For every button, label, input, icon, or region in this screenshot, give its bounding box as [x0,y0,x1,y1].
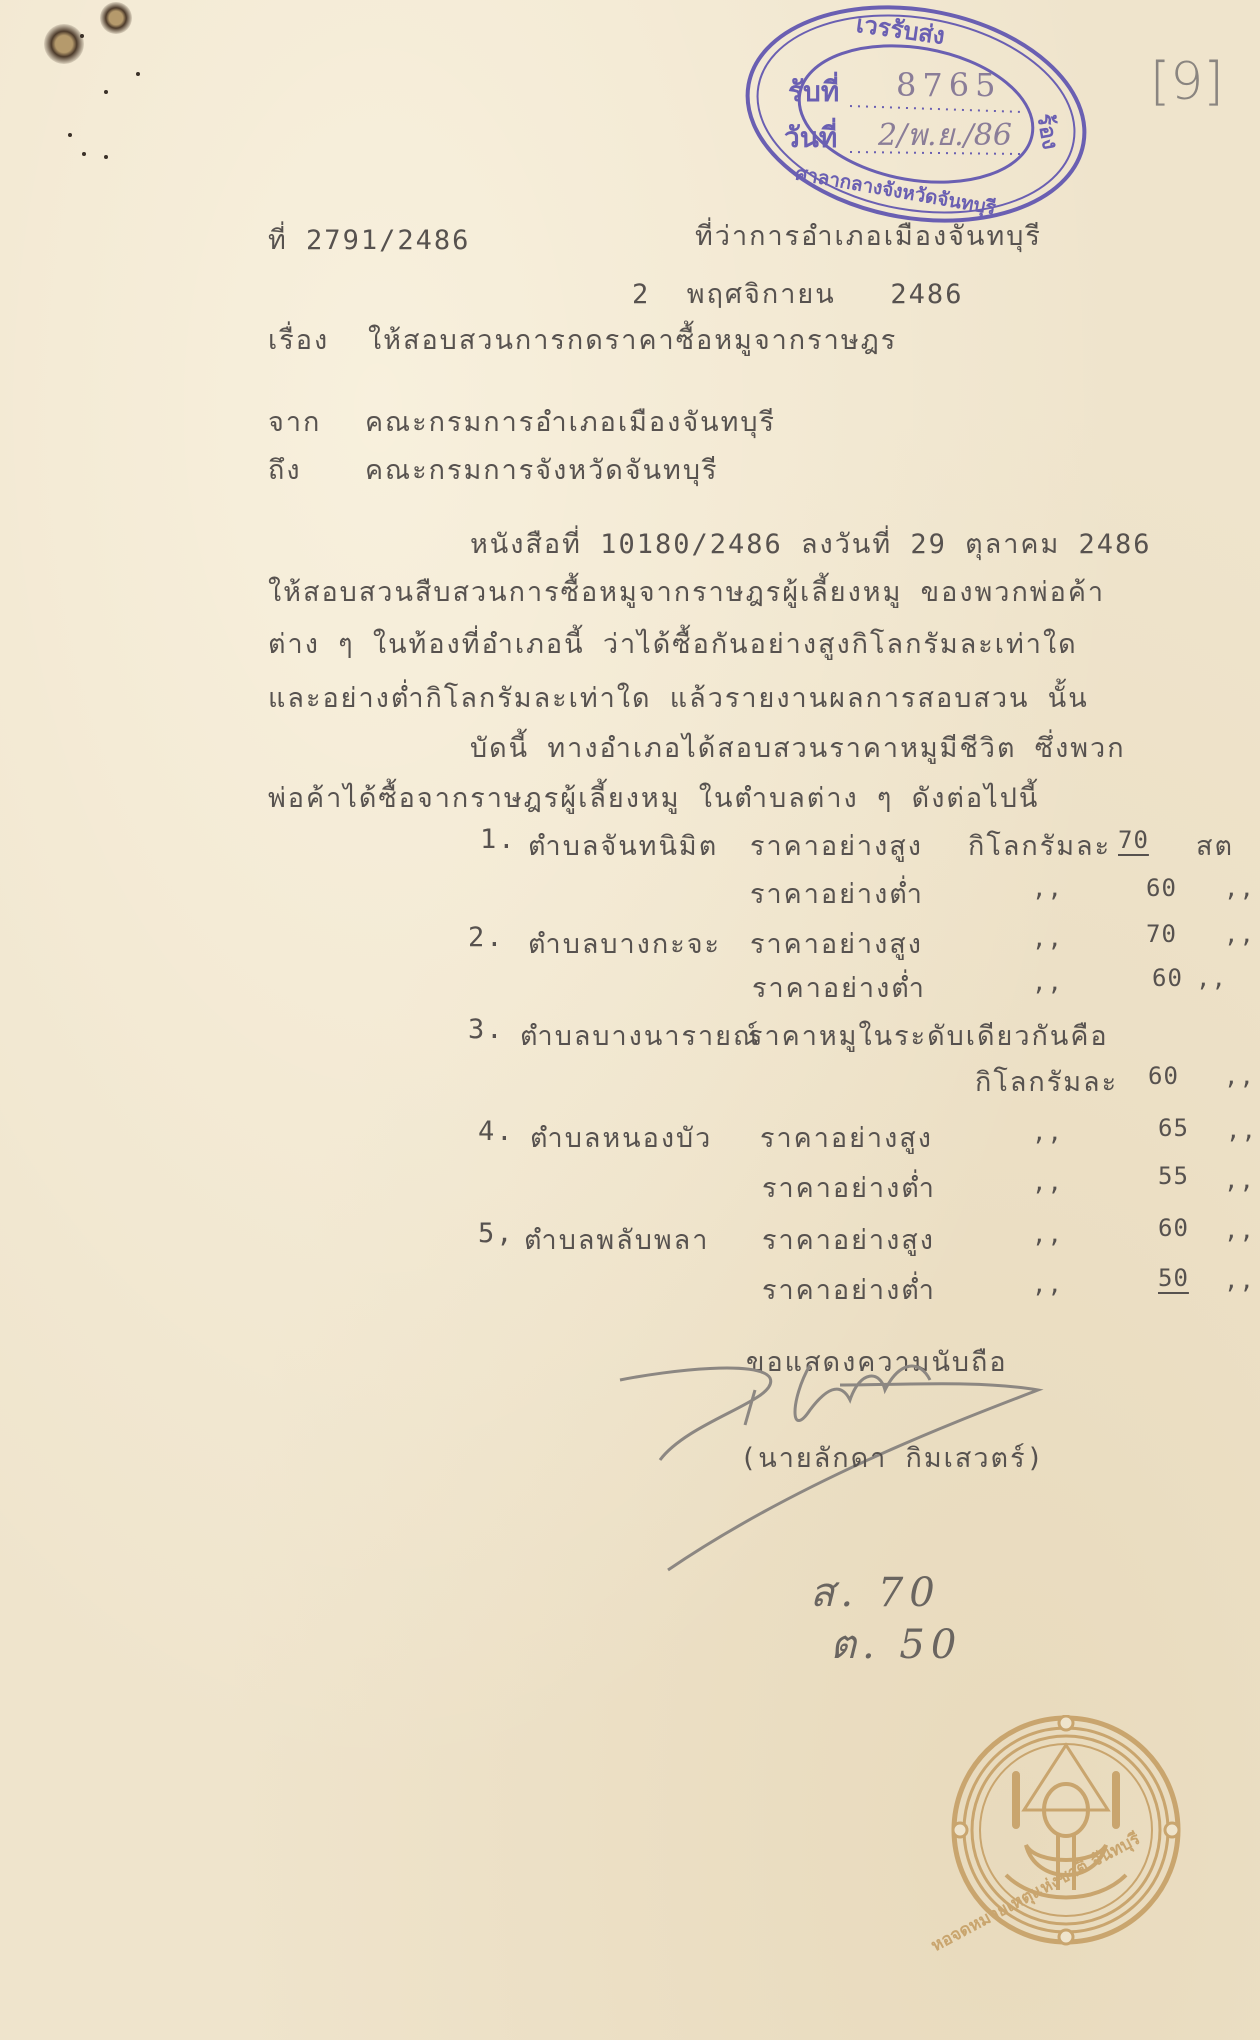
stamp-side: ร้อง [1028,111,1069,152]
archive-seal: หอจดหมายเหตุแห่งชาติ จันทบุรี [946,1715,1206,1975]
item-tambon: ตำบลพลับพลา [524,1218,709,1261]
paper-speck [136,72,140,76]
to-text: คณะกรมการจังหวัดจันทบุรี [365,448,718,491]
ditto-mark: ,, [1032,924,1063,952]
para1-line: ให้สอบสวนสืบสวนการซื้อหมูจากราษฎรผู้เลี้… [268,570,1105,613]
punch-hole [44,24,84,64]
item-tambon: ตำบลจันทนิมิต [528,824,718,867]
ditto-mark: ,, [1224,874,1255,902]
price-value: 60 [1158,1214,1189,1242]
para2-line: พ่อค้าได้ซื้อจากราษฎรผู้เลี้ยงหมู ในตำบล… [268,776,1039,819]
ditto-mark: ,, [1224,1216,1255,1244]
price-value: 60 [1148,1062,1179,1090]
price-label: ราคาอย่างต่ำ [762,1166,936,1209]
paper-speck [104,90,108,94]
subject-label: เรื่อง [268,318,329,361]
item-tambon: ตำบลบางกะจะ [528,922,721,965]
price-unit: กิโลกรัมละ [975,1060,1118,1103]
price-label: ราคาอย่างสูง [750,824,923,867]
price-label: ราคาอย่างสูง [762,1218,935,1261]
to-label: ถึง [268,448,302,491]
ganesha-seal-icon [946,1715,1206,1975]
paper-speck [82,152,86,156]
para1-line: หนังสือที่ 10180/2486 ลงวันที่ 29 ตุลาคม… [470,522,1152,565]
price-value: 70 [1118,826,1149,854]
subject-text: ให้สอบสวนการกดราคาซื้อหมูจากราษฎร [368,318,897,361]
annotation-low-price: ต. 50 [830,1612,962,1676]
price-value: 60 [1152,964,1183,992]
price-value: 60 [1146,874,1177,902]
ditto-mark: ,, [1032,968,1063,996]
item-tambon: ตำบลหนองบัว [530,1116,712,1159]
price-label: ราคาอย่างสูง [750,922,923,965]
ditto-mark: ,, [1224,1062,1255,1090]
item-number: 3. [468,1014,505,1045]
letter-date: 2 พฤศจิกายน 2486 [632,272,963,315]
signer-name: (นายลักดา กิมเสวตร์) [740,1436,1045,1479]
price-label: ราคาอย่างต่ำ [750,872,924,915]
ditto-mark: ,, [1224,1166,1255,1194]
receiving-stamp: เวรรับส่ง รับที่ 8765 วันที่ 2/พ.ย./86 ศ… [738,2,1098,230]
item-number: 5, [478,1218,515,1249]
reference-number: ที่ 2791/2486 [268,218,470,261]
para1-line: ต่าง ๆ ในท้องที่อำเภอนี้ ว่าได้ซื้อกันอย… [268,622,1078,665]
ditto-mark: ,, [1032,874,1063,902]
ditto-mark: ,, [1196,964,1227,992]
ditto-mark: ,, [1224,920,1255,948]
price-value: 50 [1158,1264,1189,1292]
paper-speck [104,155,108,159]
item-number: 2. [468,922,505,953]
para2-line: บัดนี้ ทางอำเภอได้สอบสวนราคาหมูมีชีวิต ซ… [470,726,1126,769]
item-number: 1. [480,824,517,855]
from-text: คณะกรมการอำเภอเมืองจันทบุรี [365,400,776,443]
issuing-office: ที่ว่าการอำเภอเมืองจันทบุรี [695,214,1042,257]
price-value: 70 [1146,920,1177,948]
para1-line: และอย่างต่ำกิโลกรัมละเท่าใด แล้วรายงานผล… [268,676,1089,719]
price-value: 55 [1158,1162,1189,1190]
item-line: ราคาหมูในระดับเดียวกันคือ [748,1014,1109,1057]
page-marker: [9] [1150,52,1224,112]
stamp-date-value: 2/พ.ย./86 [878,112,1012,159]
paper-speck [80,34,84,38]
currency: สต [1196,824,1234,867]
ditto-mark: ,, [1032,1118,1063,1146]
ditto-mark: ,, [1032,1168,1063,1196]
from-label: จาก [268,400,321,443]
price-unit: กิโลกรัมละ [968,824,1111,867]
price-label: ราคาอย่างต่ำ [752,966,926,1009]
ditto-mark: ,, [1032,1270,1063,1298]
paper-speck [68,133,72,137]
item-number: 4. [478,1116,515,1147]
stamp-received-number: 8765 [896,66,1001,104]
stamp-date-label: วันที่ [784,116,837,160]
ditto-mark: ,, [1226,1116,1257,1144]
price-label: ราคาอย่างต่ำ [762,1268,936,1311]
ditto-mark: ,, [1224,1266,1255,1294]
item-tambon: ตำบลบางนารายณ์ [520,1014,760,1057]
ditto-mark: ,, [1032,1220,1063,1248]
price-label: ราคาอย่างสูง [760,1116,933,1159]
stamp-received-label: รับที่ [788,70,839,114]
punch-hole [100,2,132,34]
price-value: 65 [1158,1114,1189,1142]
